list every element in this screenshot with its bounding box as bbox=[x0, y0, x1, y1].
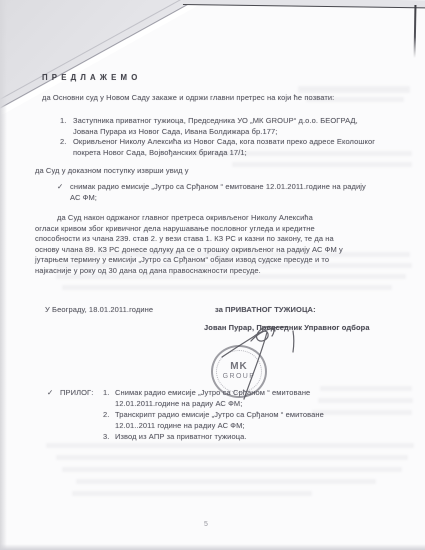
signatory-name: Јован Пурар, Председник Управног одбора bbox=[204, 323, 370, 334]
attachment-text: Транскрипт радио емисије „Јутро са Срђан… bbox=[115, 410, 324, 419]
bleed-through-line bbox=[76, 479, 376, 484]
summons-text: Јована Пурара из Новог Сада, Ивана Болди… bbox=[73, 127, 375, 138]
verdict-line: огласи кривом због кривичног дела наруша… bbox=[35, 224, 343, 235]
attachment-text: Снимак радио емисије „Јутро са Срђаном “… bbox=[115, 388, 310, 397]
summons-item: 1.Заступника приватног тужиоца, Председн… bbox=[60, 116, 375, 127]
stamp-text-mk: MK bbox=[230, 362, 248, 372]
document-heading: ПРЕДЛАЖЕМО bbox=[42, 73, 141, 84]
attachments-label: ПРИЛОГ: bbox=[60, 387, 103, 398]
check-icon: ✓ bbox=[57, 182, 70, 193]
bleed-through-line bbox=[72, 491, 312, 496]
list-marker: 1. bbox=[103, 387, 115, 398]
place-date: У Београду, 18.01.2011.године bbox=[45, 305, 153, 316]
list-marker: 2. bbox=[103, 409, 115, 420]
summons-text: покрета Новог Сада, Војвођанских бригада… bbox=[73, 148, 375, 159]
evidence-item: ✓снимак радио емисије „Јутро са Срђаном … bbox=[57, 182, 366, 203]
attachments-list: ✓ПРИЛОГ:1.Снимак радио емисије „Јутро са… bbox=[47, 387, 324, 442]
bleed-through-line bbox=[318, 398, 413, 403]
bleed-through-line bbox=[62, 285, 392, 290]
attachment-text: Извод из АПР за приватног тужиоца. bbox=[115, 432, 247, 441]
evidence-intro: да Суд у доказном поступку изврши увид у bbox=[35, 166, 189, 177]
attachment-text: 12.01..2011 године на радиу АС ФМ; bbox=[115, 420, 324, 431]
list-marker: 3. bbox=[103, 431, 115, 442]
page-right-edge bbox=[414, 5, 417, 58]
attachment-text: 12.01.2011.године на радиу АС ФМ; bbox=[115, 398, 324, 409]
bleed-through-line bbox=[320, 386, 412, 391]
summons-item: 2.Окривљеног Николу Алексића из Новог Са… bbox=[60, 137, 375, 148]
attachment-item: ✓ПРИЛОГ:1.Снимак радио емисије „Јутро са… bbox=[47, 387, 324, 398]
page-number: 5 bbox=[204, 520, 208, 531]
plaintiff-label: за ПРИВАТНОГ ТУЖИОЦА: bbox=[215, 305, 316, 316]
page-top-edge bbox=[183, 0, 425, 8]
attachment-item: 3.Извод из АПР за приватног тужиоца. bbox=[103, 431, 324, 442]
verdict-line: основу члана 89. КЗ РС донесе одлуку да … bbox=[35, 245, 343, 256]
bleed-through-line bbox=[232, 162, 412, 167]
check-icon: ✓ bbox=[47, 387, 60, 398]
scan-bottom-shadow bbox=[0, 544, 425, 550]
bleed-through-line bbox=[298, 86, 410, 93]
verdict-line: способности из члана 239. став 2. у вези… bbox=[35, 234, 343, 245]
scanned-page: ПРЕДЛАЖЕМО да Основни суд у Новом Саду з… bbox=[0, 0, 425, 550]
verdict-line: да Суд након одржаног главног претреса о… bbox=[35, 213, 343, 224]
verdict-line: јутарњем термину у емисији „Јутро са Срђ… bbox=[35, 255, 343, 266]
evidence-text: АС ФМ; bbox=[70, 193, 366, 204]
evidence-text: снимак радио емисије „Јутро са Срђаном “… bbox=[70, 182, 366, 191]
summons-text: Заступника приватног тужиоца, Председник… bbox=[73, 116, 358, 125]
scan-left-shadow bbox=[0, 0, 7, 550]
bleed-through-line bbox=[56, 455, 408, 460]
verdict-line: најкасније у року од 30 дана од дана пра… bbox=[35, 266, 343, 277]
attachment-item: 2.Транскрипт радио емисије „Јутро са Срђ… bbox=[103, 409, 324, 420]
summons-text: Окривљеног Николу Алексића из Новог Сада… bbox=[73, 137, 375, 146]
stamp-text-group: GROUP bbox=[223, 372, 256, 381]
list-marker: 2. bbox=[60, 137, 73, 148]
bleed-through-line bbox=[46, 443, 414, 448]
intro-paragraph: да Основни суд у Новом Саду закаже и одр… bbox=[42, 93, 334, 104]
summons-list: 1.Заступника приватног тужиоца, Председн… bbox=[60, 116, 375, 158]
verdict-paragraph: да Суд након одржаног главног претреса о… bbox=[35, 213, 343, 277]
bleed-through-line bbox=[62, 467, 402, 472]
bleed-through-line bbox=[312, 410, 412, 415]
list-marker: 1. bbox=[60, 116, 73, 127]
